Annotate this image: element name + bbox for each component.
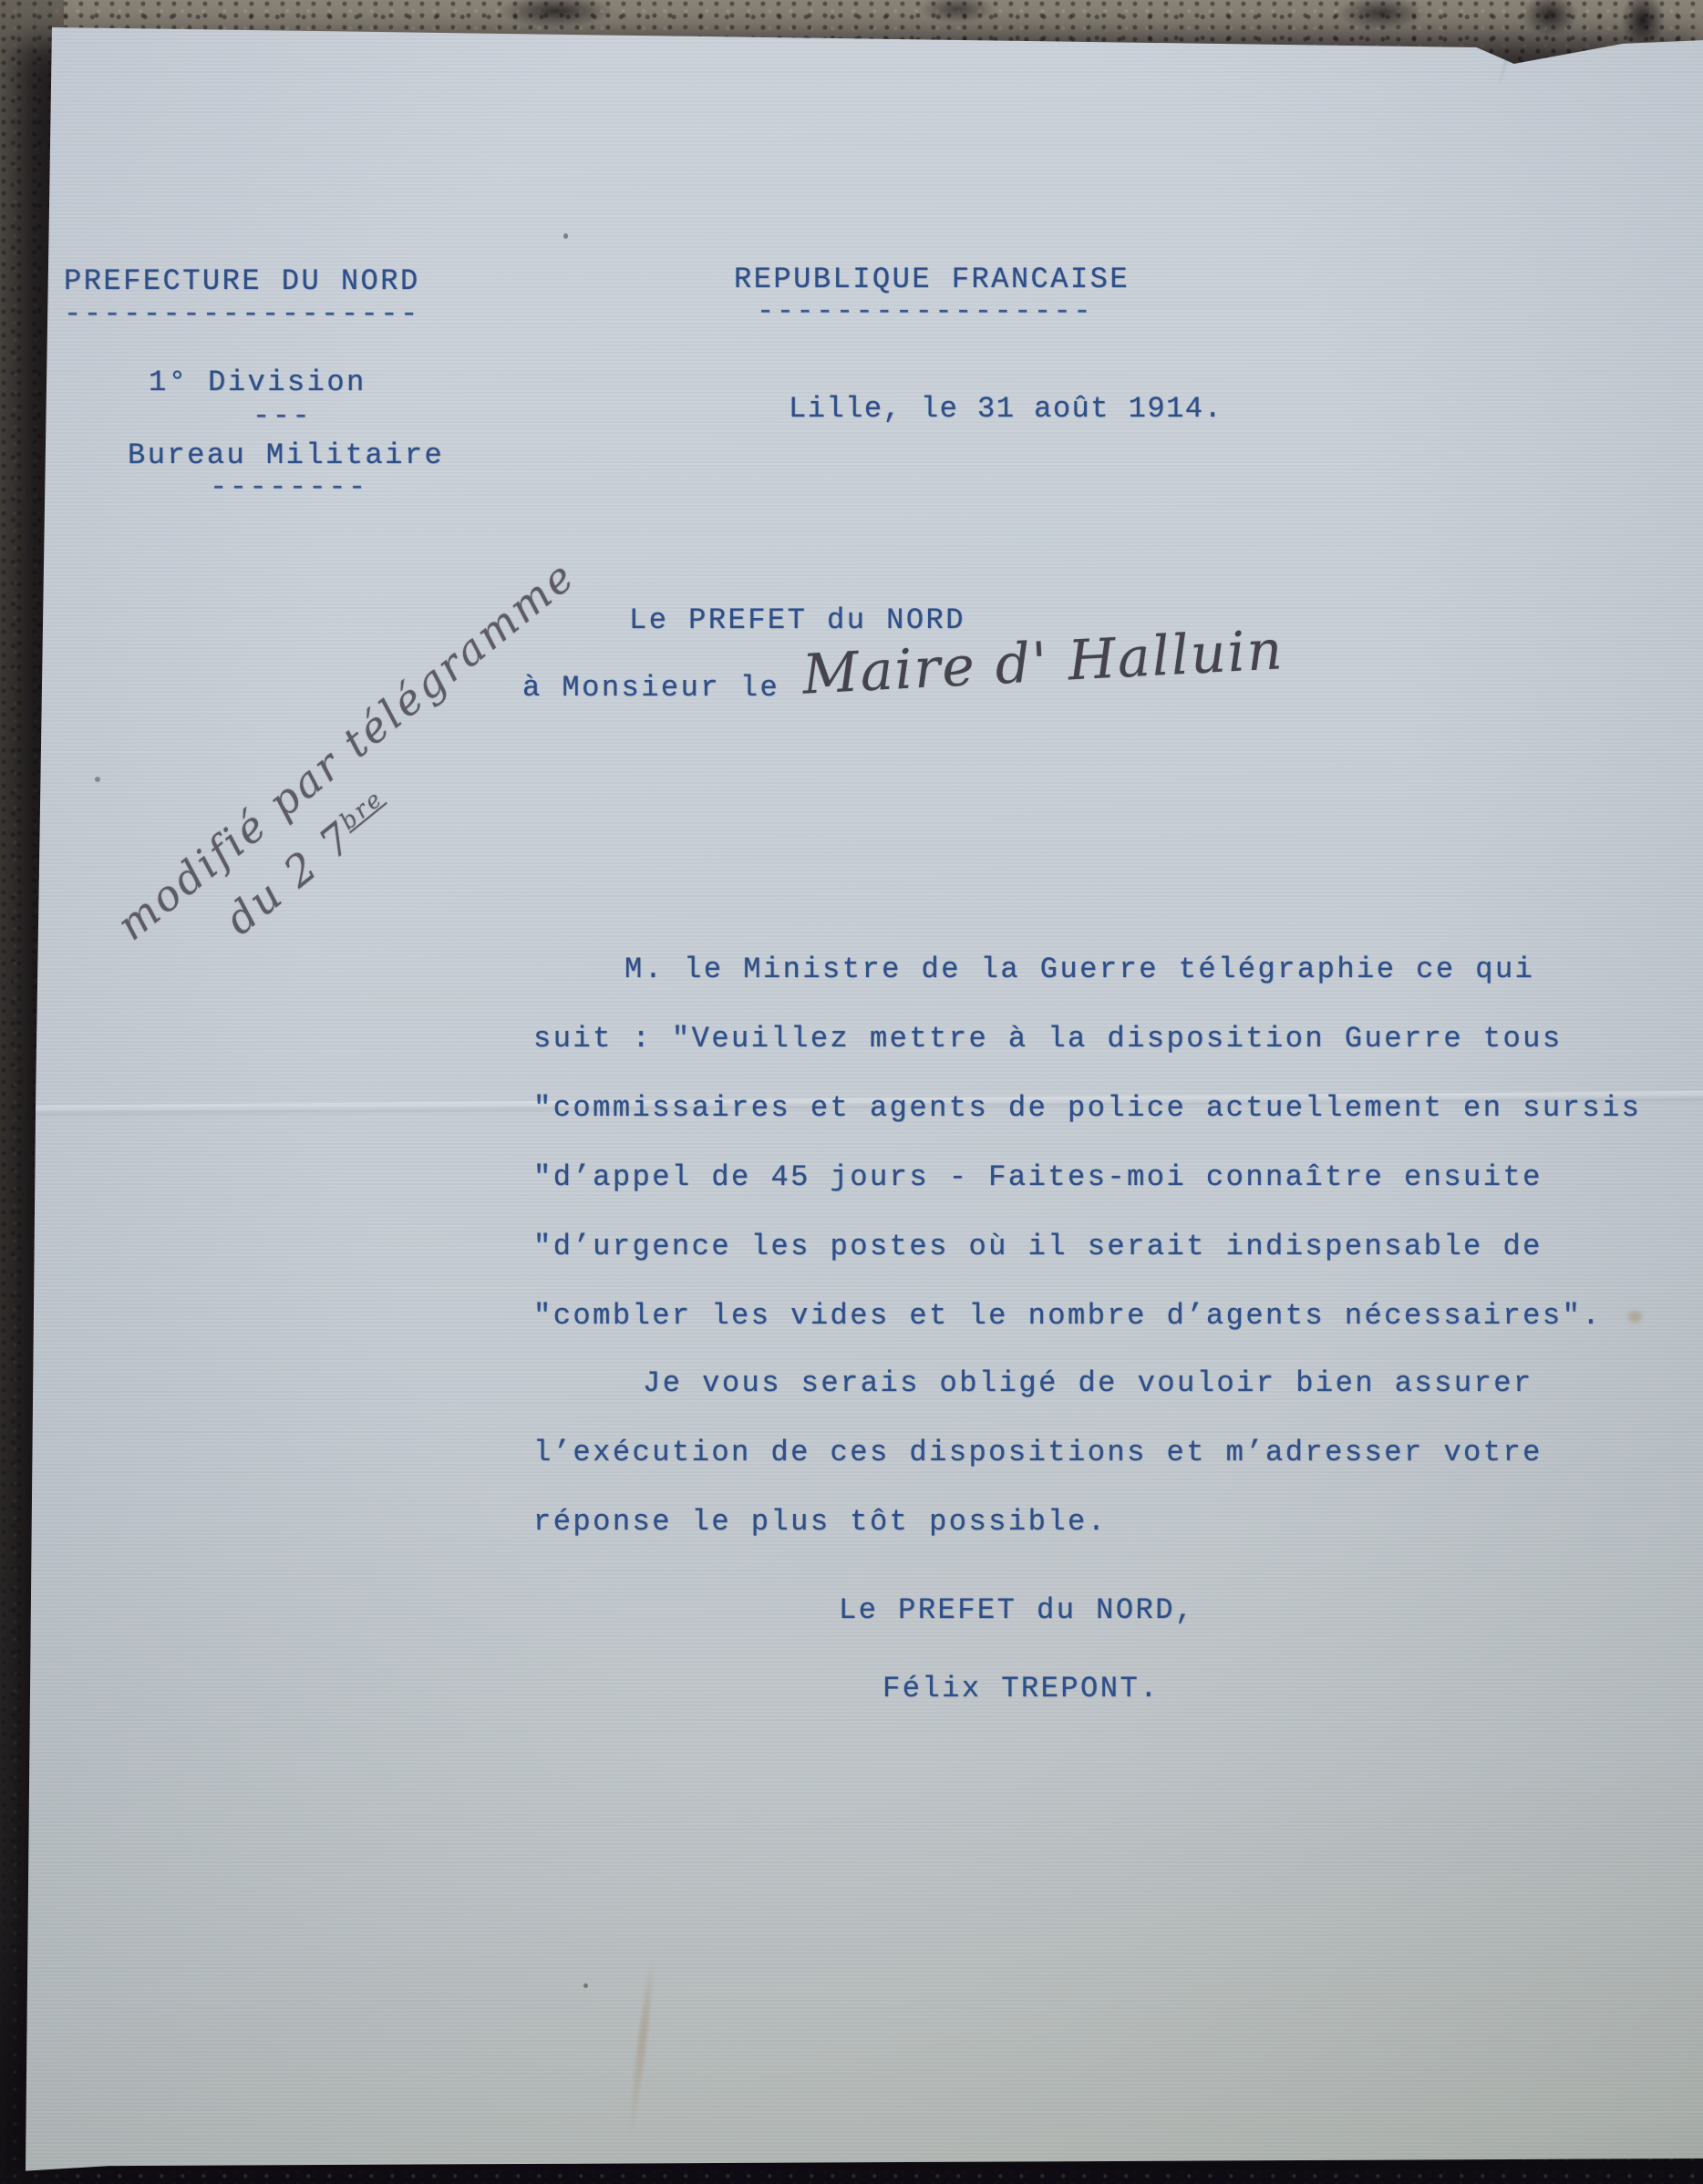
- letterhead-republic-rule: -----------------: [757, 294, 1093, 328]
- letterhead-division-rule: ---: [253, 399, 312, 433]
- paper-speck: [563, 233, 568, 239]
- letterhead-republic: REPUBLIQUE FRANCAISE: [734, 263, 1130, 296]
- letterhead-bureau: Bureau Militaire: [128, 438, 444, 472]
- body-line: "commissaires et agents de police actuel…: [533, 1091, 1641, 1125]
- letterhead-bureau-rule: --------: [210, 470, 368, 504]
- sender-line: Le PREFET du NORD: [629, 603, 965, 637]
- pencil-annotation: modifié par télégramme du 2 7bre: [108, 551, 624, 1000]
- signature-name: Félix TREPONT.: [882, 1672, 1160, 1705]
- letterhead-office-rule: ------------------: [64, 297, 420, 331]
- body-line: "d’appel de 45 jours - Faites-moi connaî…: [533, 1160, 1543, 1194]
- signature-title: Le PREFET du NORD,: [839, 1593, 1195, 1627]
- dateline: Lille, le 31 août 1914.: [789, 392, 1223, 426]
- paper-smudge: [627, 1951, 657, 2133]
- paper-speck: [95, 777, 100, 782]
- body-line: "d’urgence les postes où il serait indis…: [533, 1230, 1543, 1263]
- letterhead-office: PREFECTURE DU NORD: [64, 264, 420, 298]
- body-line: l’exécution de ces dispositions et m’adr…: [533, 1436, 1543, 1469]
- photo-of-letter: { "document_type": "scanned typewritten …: [0, 0, 1703, 2184]
- body-line: Je vous serais obligé de vouloir bien as…: [643, 1366, 1533, 1400]
- body-line: "combler les vides et le nombre d’agents…: [533, 1299, 1602, 1333]
- body-line: réponse le plus tôt possible.: [533, 1505, 1107, 1539]
- letter-paper: PREFECTURE DU NORD ------------------ 1°…: [0, 0, 1703, 2184]
- pencil-annotation-line2: du 2 7bre: [216, 600, 625, 944]
- body-line: M. le Ministre de la Guerre télégraphie …: [624, 953, 1534, 986]
- body-line: suit : "Veuillez mettre à la disposition…: [533, 1022, 1563, 1056]
- paper-speck: [583, 1983, 588, 1988]
- letterhead-division: 1° Division: [149, 366, 366, 399]
- pencil-annotation-line1: modifié par télégramme: [108, 551, 584, 950]
- paper-speck: [1628, 1311, 1642, 1323]
